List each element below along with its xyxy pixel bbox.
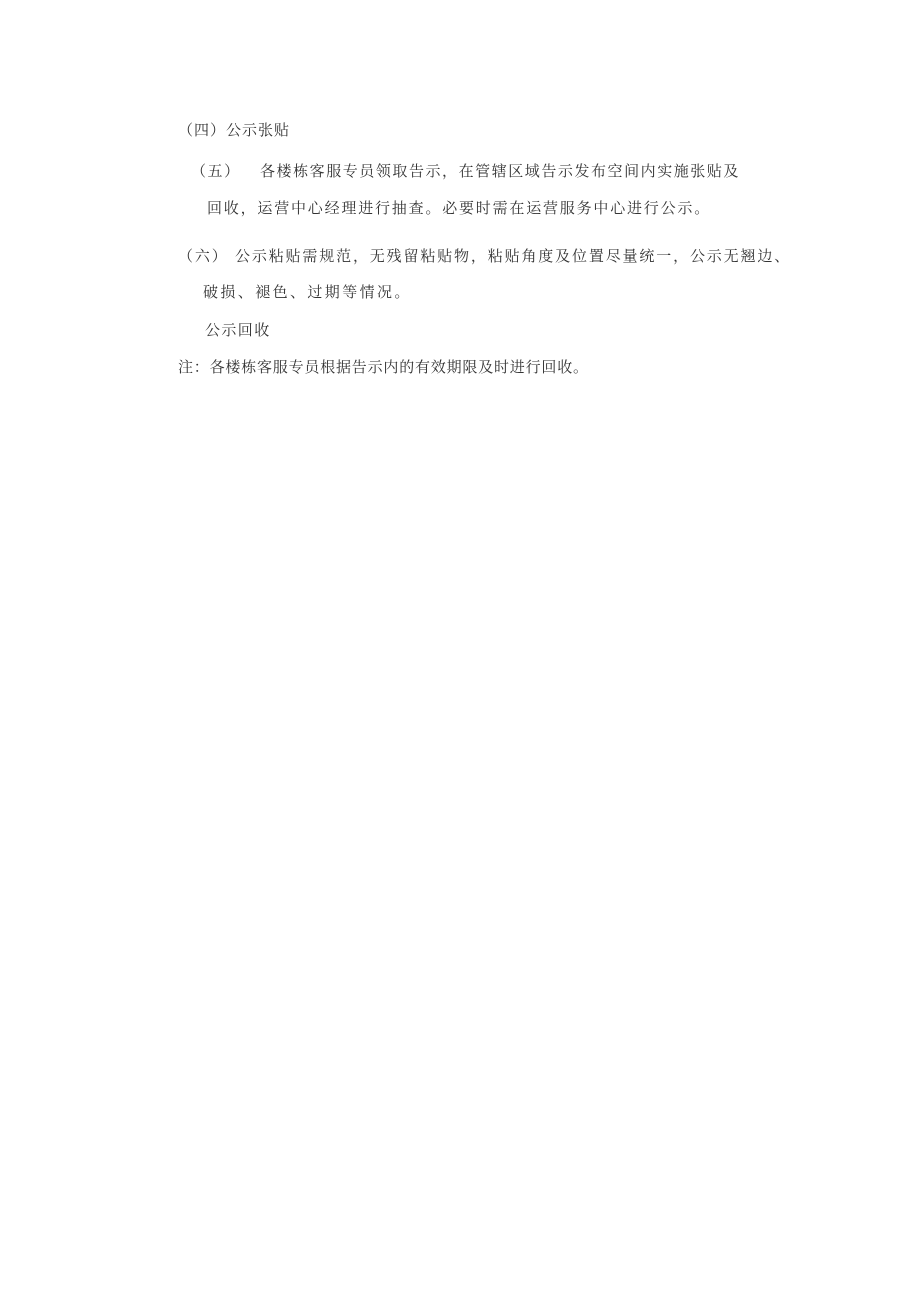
list-marker: （六）: [178, 247, 235, 267]
doc-line-note: 注：各楼栋客服专员根据告示内的有效期限及时进行回收。: [178, 358, 589, 378]
doc-line-recycle-heading: 公示回收: [205, 321, 271, 341]
doc-line-clause-5-continued: 回收，运营中心经理进行抽查。必要时需在运营服务中心进行公示。: [207, 199, 711, 219]
doc-line-text: （四）公示张贴: [178, 123, 290, 139]
doc-line-clause-4-heading: （四）公示张贴: [178, 121, 290, 141]
doc-line-text: 回收，运营中心经理进行抽查。必要时需在运营服务中心进行公示。: [207, 201, 711, 217]
doc-line-clause-6-continued: 破损、褪色、过期等情况。: [203, 283, 412, 303]
document-page: （四）公示张贴 （五）各楼栋客服专员领取告示，在管辖区域告示发布空间内实施张贴及…: [0, 0, 920, 1301]
doc-line-text: 公示粘贴需规范，无残留粘贴物，粘贴角度及位置尽量统一，公示无翘边、: [235, 249, 791, 265]
doc-line-text: 各楼栋客服专员领取告示，在管辖区域告示发布空间内实施张贴及: [260, 164, 740, 180]
doc-line-clause-5: （五）各楼栋客服专员领取告示，在管辖区域告示发布空间内实施张贴及: [191, 162, 740, 182]
doc-line-clause-6: （六）公示粘贴需规范，无残留粘贴物，粘贴角度及位置尽量统一，公示无翘边、: [178, 247, 791, 267]
list-marker: （五）: [191, 162, 260, 182]
doc-line-text: 注：各楼栋客服专员根据告示内的有效期限及时进行回收。: [178, 360, 589, 376]
doc-line-text: 公示回收: [205, 323, 271, 339]
doc-line-text: 破损、褪色、过期等情况。: [203, 285, 412, 301]
